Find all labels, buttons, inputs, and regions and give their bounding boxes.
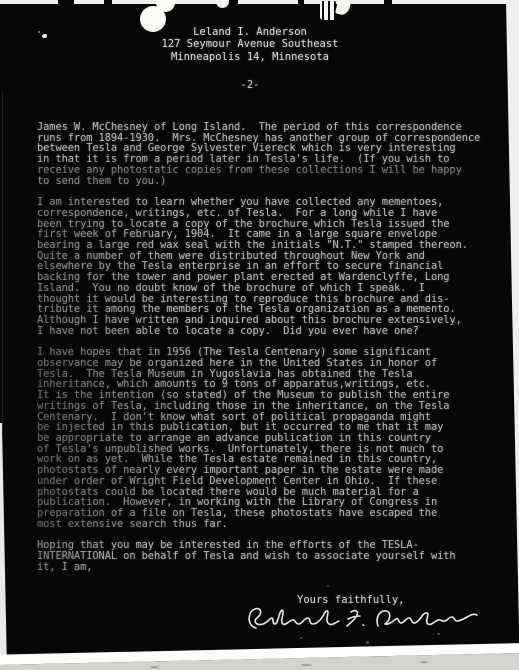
- punch-hole-icon: [216, 0, 229, 8]
- scan-speck: [327, 585, 329, 587]
- paragraph-closing: Hoping that you may be interested in the…: [37, 540, 502, 572]
- binding-tab-icon: [320, 1, 336, 20]
- scan-blob: [335, 0, 352, 16]
- paragraph-brochure: I am interested to learn whether you hav…: [37, 197, 502, 336]
- scanned-letter-page: Leland I. Anderson 127 Seymour Avenue So…: [0, 0, 519, 670]
- scan-smudge: [300, 664, 312, 666]
- scan-edge-left: [0, 423, 7, 670]
- paragraph-correspondence: James W. McChesney of Long Island. The p…: [37, 122, 502, 186]
- scan-edge-left-line: [2, 90, 3, 430]
- scan-edge-bottom: [0, 638, 519, 670]
- page-number: -2-: [0, 79, 500, 91]
- letter-body: James W. McChesney of Long Island. The p…: [37, 122, 502, 583]
- signature-leland-anderson: [244, 604, 480, 637]
- paragraph-centenary: I have hopes that in 1956 (The Tesla Cen…: [37, 347, 502, 529]
- letterhead-city: Minneapolis 14, Minnesota: [125, 51, 375, 63]
- scan-speck: [42, 34, 47, 38]
- scan-edge-notch: [58, 0, 74, 4]
- scan-edge-notch: [228, 0, 238, 4]
- scan-smudge: [420, 661, 428, 663]
- scan-smudge: [150, 666, 159, 668]
- letterhead: Leland I. Anderson 127 Seymour Avenue So…: [125, 26, 375, 63]
- letterhead-name: Leland I. Anderson: [125, 26, 375, 38]
- scan-speck: [38, 31, 40, 33]
- scan-edge-top: [0, 0, 519, 4]
- scan-edge-notch: [298, 0, 304, 4]
- letterhead-address: 127 Seymour Avenue Southeast: [125, 38, 375, 50]
- scan-edge-notch: [384, 0, 392, 4]
- scan-edge-notch: [104, 0, 112, 4]
- scan-edge-right: [506, 0, 519, 628]
